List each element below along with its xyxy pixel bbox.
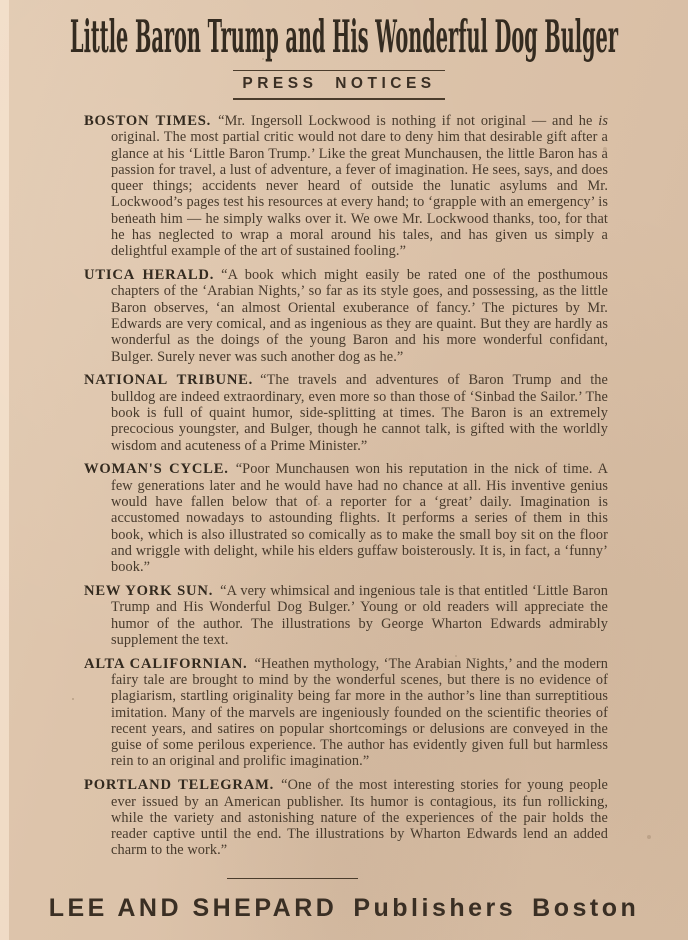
- press-notice-boston-times: BOSTON TIMES.“Mr. Ingersoll Lockwood is …: [84, 113, 608, 260]
- press-notice-portland-telegram: PORTLAND TELEGRAM.“One of the most inter…: [84, 777, 608, 858]
- press-notice-national-tribune: NATIONAL TRIBUNE.“The travels and advent…: [84, 372, 608, 453]
- book-title: Little Baron Trump and His Wonderful Dog…: [70, 11, 619, 63]
- notice-source: NEW YORK SUN.: [84, 583, 213, 599]
- notice-source: BOSTON TIMES.: [84, 113, 211, 129]
- section-heading: PRESS NOTICES: [233, 71, 445, 98]
- notice-quote: original. The most partial critic would …: [111, 129, 608, 259]
- notice-source: UTICA HERALD.: [84, 267, 214, 283]
- publisher-name: LEE AND SHEPARD: [49, 894, 338, 922]
- heading-rule-bottom: [233, 98, 445, 100]
- press-notices-list: BOSTON TIMES.“Mr. Ingersoll Lockwood is …: [0, 100, 688, 859]
- masthead: Little Baron Trump and His Wonderful Dog…: [0, 0, 688, 100]
- notice-quote: “Heathen mythology, ‘The Arabian Nights,…: [111, 656, 608, 770]
- notice-source: NATIONAL TRIBUNE.: [84, 372, 253, 388]
- press-notice-womans-cycle: WOMAN'S CYCLE.“Poor Munchausen won his r…: [84, 461, 608, 575]
- notice-quote: “Mr. Ingersoll Lockwood is nothing if no…: [218, 113, 598, 129]
- notice-source: PORTLAND TELEGRAM.: [84, 777, 274, 793]
- press-notice-new-york-sun: NEW YORK SUN.“A very whimsical and ingen…: [84, 583, 608, 648]
- publisher-role: Publishers: [353, 894, 516, 922]
- scanned-book-page: Little Baron Trump and His Wonderful Dog…: [0, 0, 688, 940]
- publisher-city: Boston: [532, 894, 639, 922]
- press-notice-utica-herald: UTICA HERALD.“A book which might easily …: [84, 267, 608, 365]
- notice-source: ALTA CALIFORNIAN.: [84, 656, 248, 672]
- publisher-footer: LEE AND SHEPARDPublishersBoston: [0, 878, 688, 924]
- paper-speckles: [0, 0, 2, 2]
- notice-quote-emphasis: is: [598, 113, 608, 129]
- notice-source: WOMAN'S CYCLE.: [84, 461, 229, 477]
- publisher-line: LEE AND SHEPARDPublishersBoston: [0, 894, 688, 923]
- press-notice-alta-californian: ALTA CALIFORNIAN.“Heathen mythology, ‘Th…: [84, 656, 608, 770]
- notice-quote: “Poor Munchausen won his reputation in t…: [111, 461, 608, 575]
- scan-edge-highlight: [0, 0, 9, 940]
- section-heading-block: PRESS NOTICES: [233, 70, 445, 100]
- book-title-lettering: Little Baron Trump and His Wonderful Dog…: [64, 11, 624, 63]
- footer-rule: [227, 878, 358, 880]
